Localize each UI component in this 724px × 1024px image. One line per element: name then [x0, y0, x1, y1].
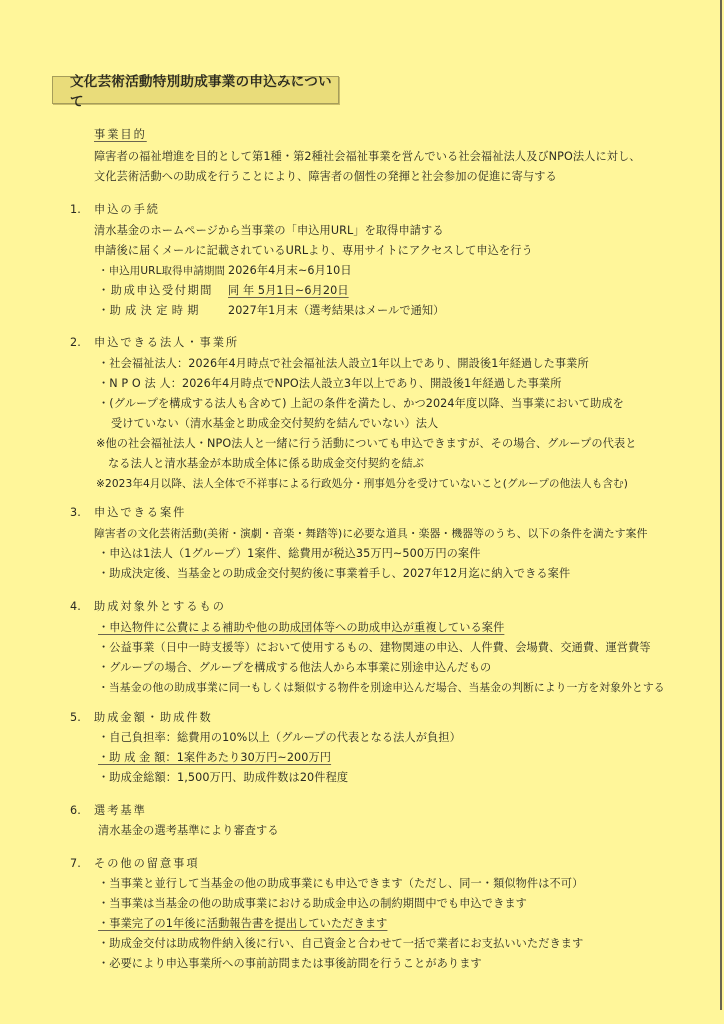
schedule-label: ・助 成 決 定 時 期 — [98, 304, 199, 318]
schedule-value: 2026年4月末~6月10日 — [228, 264, 352, 278]
section-line: ・助 成 金 額：1案件あたり30万円~200万円 — [98, 751, 331, 765]
section-line: 受けていない（清水基金と助成金交付契約を結んでいない）法人 — [111, 417, 438, 431]
section-number: 3. — [70, 506, 81, 520]
section-line: ・当基金の他の助成事業に同一もしくは類似する物件を別途申込んだ場合、当基金の判断… — [98, 681, 665, 695]
section-heading: 申込できる法人・事業所 — [94, 336, 239, 350]
section-heading: 申込できる案件 — [94, 506, 186, 520]
section-line: ・当事業と並行して当基金の他の助成事業にも申込できます（ただし、同一・類似物件は… — [98, 877, 583, 891]
section-line: ・自己負担率：総費用の10%以上（グループの代表となる法人が負担） — [98, 731, 461, 745]
section-line: ・事業完了の1年後に活動報告書を提出していただきます — [98, 917, 387, 931]
title-box: 文化芸術活動特別助成事業の申込みについて — [52, 76, 339, 104]
section-heading: 申込の手続 — [94, 203, 160, 217]
section-heading: 助成金額・助成件数 — [94, 711, 213, 725]
section-number: 7. — [70, 857, 81, 871]
section-heading: その他の留意事項 — [94, 857, 200, 871]
section-note: なる法人と清水基金が本助成全体に係る助成金交付契約を結ぶ — [108, 457, 424, 471]
section-number: 4. — [70, 600, 81, 614]
section-line: 清水基金のホームページから当事業の「申込用URL」を取得申請する — [94, 224, 444, 238]
section-note: ※2023年4月以降、法人全体で不祥事による行政処分・刑事処分を受けていないこと… — [96, 477, 628, 491]
section-line: ・公益事業（日中一時支援等）において使用するもの、建物関連の申込、人件費、会場費… — [98, 641, 651, 655]
section-number: 2. — [70, 336, 81, 350]
purpose-line: 障害者の福祉増進を目的として第1種・第2種社会福祉事業を営んでいる社会福祉法人及… — [94, 150, 641, 164]
section-number: 5. — [70, 711, 81, 725]
section-line: ・N P O 法 人：2026年4月時点でNPO法人設立3年以上であり、開設後1… — [98, 377, 562, 391]
section-line: ・社会福祉法人：2026年4月時点で社会福祉法人設立1年以上であり、開設後1年経… — [98, 357, 589, 371]
purpose-heading: 事業目的 — [94, 128, 147, 142]
section-heading: 選考基準 — [94, 804, 147, 818]
schedule-label: ・申込用URL取得申請期間 — [98, 264, 225, 278]
section-line: ・当事業は当基金の他の助成事業における助成金申込の制約期間中でも申込できます — [98, 897, 527, 911]
section-line: 清水基金の選考基準により審査する — [98, 824, 279, 838]
section-line: ・助成金交付は助成物件納入後に行い、自己資金と合わせて一括で業者にお支払いいただ… — [98, 937, 583, 951]
section-number: 6. — [70, 804, 81, 818]
section-line: ・申込物件に公費による補助や他の助成団体等への助成申込が重複している案件 — [98, 621, 504, 635]
section-heading: 助成対象外とするもの — [94, 600, 226, 614]
schedule-label: ・助成申込受付期間 — [98, 284, 213, 298]
section-line: ・必要により申込事業所への事前訪問または事後訪問を行うことがあります — [98, 957, 482, 971]
section-line: ・申込は1法人（1グループ）1案件、総費用が税込35万円~500万円の案件 — [98, 547, 480, 561]
section-line: ・助成決定後、当基金との助成金交付契約後に事業着手し、2027年12月迄に納入で… — [98, 567, 570, 581]
page-edge — [720, 0, 722, 1010]
page-title: 文化芸術活動特別助成事業の申込みについて — [70, 70, 338, 110]
schedule-value: 2027年1月末（選考結果はメールで通知） — [228, 304, 444, 318]
section-number: 1. — [70, 203, 81, 217]
section-line: ・助成金総額：1,500万円、助成件数は20件程度 — [98, 771, 348, 785]
section-line: 申請後に届くメールに記載されているURLより、専用サイトにアクセスして申込を行う — [94, 244, 533, 258]
section-note: ※他の社会福祉法人・NPO法人と一緒に行う活動についても申込できますが、その場合… — [96, 437, 637, 451]
schedule-value: 同 年 5月1日~6月20日 — [228, 284, 349, 298]
purpose-line: 文化芸術活動への助成を行うことにより、障害者の個性の発揮と社会参加の促進に寄与す… — [94, 170, 557, 184]
section-line: ・グループの場合、グループを構成する他法人から本事業に別途申込んだもの — [98, 661, 491, 675]
section-line: 障害者の文化芸術活動(美術・演劇・音楽・舞踏等)に必要な道具・楽器・機器等のうち… — [94, 527, 647, 541]
section-line: ・(グループを構成する法人も含めて) 上記の条件を満たし、かつ2024年度以降、… — [98, 397, 624, 411]
